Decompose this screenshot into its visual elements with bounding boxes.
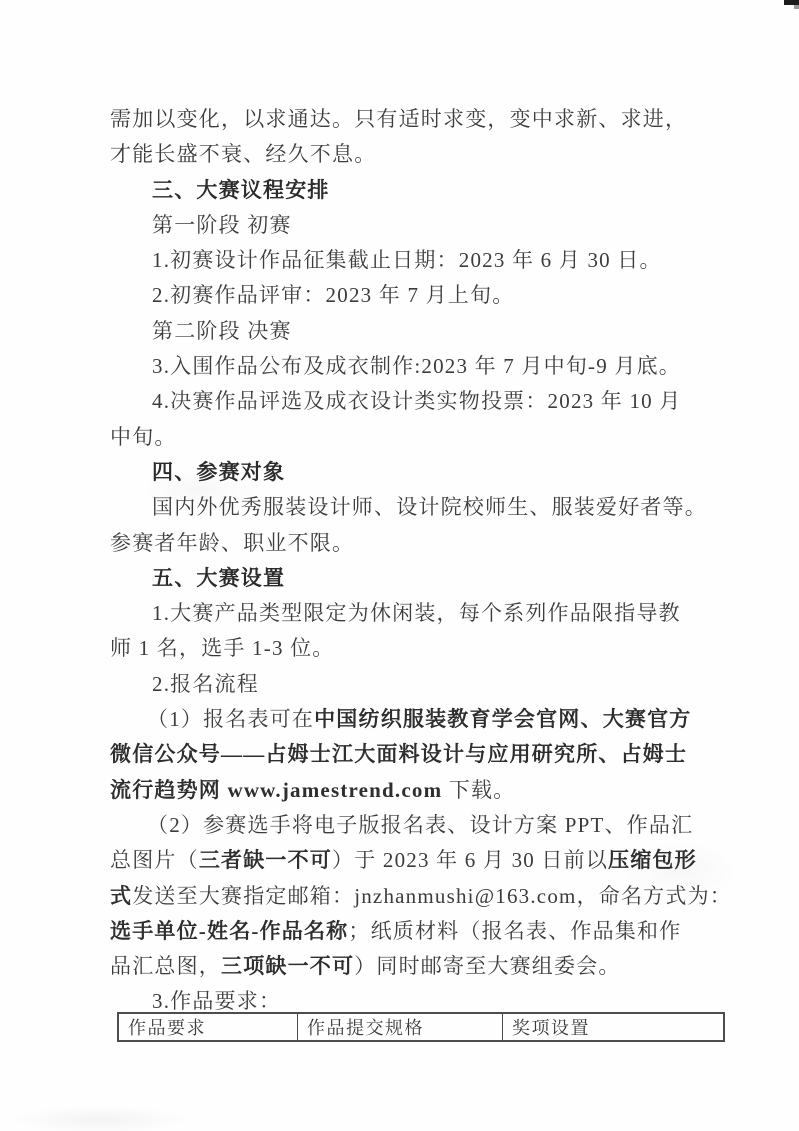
- section-heading-4-participants: 四、参赛对象: [110, 455, 710, 490]
- table-header-awards: 奖项设置: [503, 1013, 725, 1041]
- registration-step-1-line-1: （1）报名表可在中国纺织服装教育学会官网、大赛官方: [110, 702, 710, 737]
- settings-item-1-line-1: 1.大赛产品类型限定为休闲装，每个系列作品限指导教: [110, 596, 710, 631]
- stage-1-label: 第一阶段 初赛: [110, 208, 710, 243]
- table-header-work-requirements: 作品要求: [118, 1013, 298, 1041]
- settings-item-1-line-2: 师 1 名，选手 1-3 位。: [110, 631, 710, 666]
- paragraph-continuation-line-2: 才能长盛不衰、经久不息。: [110, 137, 710, 172]
- registration-step-2-line-4: 选手单位-姓名-作品名称；纸质材料（报名表、作品集和作: [110, 914, 710, 949]
- scanned-document-page: 需加以变化，以求通达。只有适时求变，变中求新、求进， 才能长盛不衰、经久不息。 …: [0, 0, 799, 1131]
- registration-step-2-line-1: （2）参赛选手将电子版报名表、设计方案 PPT、作品汇: [110, 808, 710, 843]
- registration-step-2-line-5: 品汇总图，三项缺一不可）同时邮寄至大赛组委会。: [110, 949, 710, 984]
- requirements-table-header-row: 作品要求 作品提交规格 奖项设置: [118, 1013, 724, 1041]
- schedule-item-3: 3.入围作品公布及成衣制作:2023 年 7 月中旬-9 月底。: [110, 349, 710, 384]
- registration-step-1-line-3: 流行趋势网 www.jamestrend.com 下载。: [110, 773, 710, 808]
- schedule-item-2: 2.初赛作品评审：2023 年 7 月上旬。: [110, 278, 710, 313]
- paragraph-continuation-line-1: 需加以变化，以求通达。只有适时求变，变中求新、求进，: [110, 102, 710, 137]
- scan-smudge: [10, 1105, 190, 1131]
- requirements-table: 作品要求 作品提交规格 奖项设置: [117, 1012, 725, 1042]
- stage-2-label: 第二阶段 决赛: [110, 314, 710, 349]
- schedule-item-1: 1.初赛设计作品征集截止日期：2023 年 6 月 30 日。: [110, 243, 710, 278]
- settings-item-2-registration: 2.报名流程: [110, 667, 710, 702]
- section-heading-5-settings: 五、大赛设置: [110, 561, 710, 596]
- registration-step-2-line-2: 总图片（三者缺一不可）于 2023 年 6 月 30 日前以压缩包形: [110, 843, 710, 878]
- section-heading-3-agenda: 三、大赛议程安排: [110, 173, 710, 208]
- scan-artifact-edge-mark: [794, 5, 799, 9]
- participants-text-line-1: 国内外优秀服装设计师、设计院校师生、服装爱好者等。: [110, 490, 710, 525]
- participants-text-line-2: 参赛者年龄、职业不限。: [110, 526, 710, 561]
- table-header-submission-specs: 作品提交规格: [298, 1013, 503, 1041]
- registration-step-2-line-3: 式发送至大赛指定邮箱：jnzhanmushi@163.com，命名方式为：: [110, 879, 710, 914]
- document-body: 需加以变化，以求通达。只有适时求变，变中求新、求进， 才能长盛不衰、经久不息。 …: [110, 102, 710, 1020]
- schedule-item-4: 4.决赛作品评选及成衣设计类实物投票：2023 年 10 月: [110, 384, 710, 419]
- schedule-item-4-continuation: 中旬。: [110, 420, 710, 455]
- registration-step-1-line-2: 微信公众号——占姆士江大面料设计与应用研究所、占姆士: [110, 737, 710, 772]
